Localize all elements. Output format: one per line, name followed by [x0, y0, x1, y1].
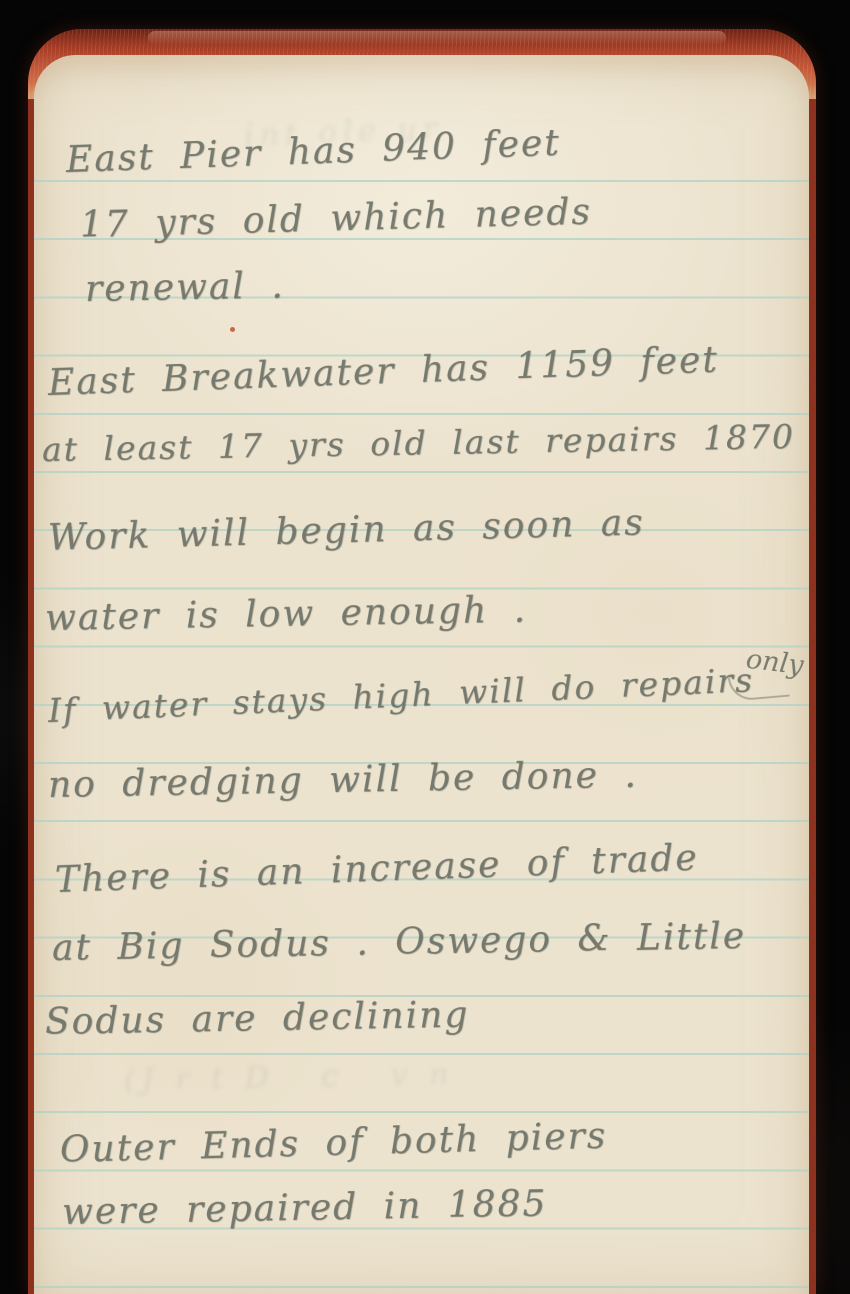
- handwritten-line: water is low enough .: [45, 590, 528, 639]
- notebook-page: int ole ur (J r t D c v n East Pier has …: [34, 55, 809, 1294]
- page-edge-highlight: [148, 31, 726, 45]
- bleed-through-mark: (J r t D c v n: [124, 1057, 455, 1098]
- handwritten-line: were repaired in 1885: [62, 1184, 548, 1233]
- inserted-word-annotation: only: [744, 644, 805, 682]
- ink-dot: [230, 327, 235, 332]
- handwritten-line: renewal .: [85, 266, 285, 310]
- photo-scene: int ole ur (J r t D c v n East Pier has …: [0, 0, 850, 1294]
- notebook-red-page-edges: int ole ur (J r t D c v n East Pier has …: [28, 29, 816, 1294]
- handwritten-line: Sodus are declining: [45, 995, 470, 1043]
